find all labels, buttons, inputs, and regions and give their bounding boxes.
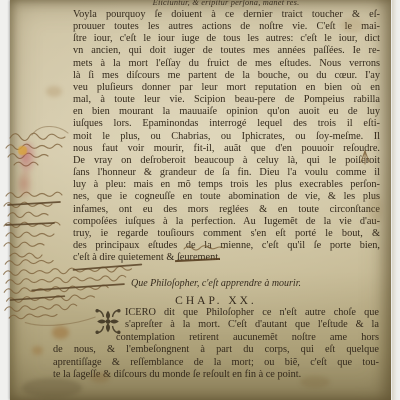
paragraph-lines: de nous, & l'embeſongnent à part du corp…	[53, 344, 379, 369]
photographed-book-page: Eiiciuntur, & eripitur perſona, manet re…	[0, 0, 400, 400]
printed-line: compoſées iuſques à la perfection. Au Iu…	[73, 216, 380, 228]
foxing-spot	[368, 195, 382, 223]
printed-line: aprentiſſage & reſſemblance de la mort; …	[53, 357, 379, 369]
aged-paper-sheet: Eiiciuntur, & eripitur perſona, manet re…	[10, 0, 391, 400]
printed-line: ſtre iour, c'eſt le iour iuge de tous le…	[73, 33, 380, 45]
foxing-spot	[300, 376, 330, 388]
foxing-spot	[32, 346, 43, 355]
printed-line: nous faut voir mourir, fit-il, auãt que …	[73, 143, 380, 155]
printed-line: mets à la mort l'eſſay du fruict de mes …	[73, 58, 380, 70]
struck-word: ſeurement	[177, 252, 218, 264]
printed-line: truy, ie regarde touſiours comment s'en …	[73, 228, 380, 240]
printed-line: en bien mourant la mauuaiſe opinion qu'o…	[73, 106, 380, 118]
printed-line: luy à pleu: mais en mõ temps trois les p…	[73, 179, 380, 191]
handwritten-annotation-middle	[2, 190, 68, 266]
printed-line: de nous, & l'embeſongnent à part du corp…	[53, 344, 379, 356]
printed-line: veu pluſieurs donner par leur mort reput…	[73, 82, 380, 94]
paragraph-lines: Voyla pourquoy ſe doiuent à ce dernier t…	[73, 9, 380, 252]
printed-line: prouuer toutes les autres actions de noſ…	[73, 21, 380, 33]
printed-line: Voyla pourquoy ſe doiuent à ce dernier t…	[73, 9, 380, 21]
handwritten-annotation-lower	[2, 256, 158, 328]
foxing-spot	[90, 372, 110, 383]
printed-line: iuſques lors. Epaminondas interrogé lequ…	[73, 118, 380, 130]
latin-quote-line: Eiiciuntur, & eripitur perſona, manet re…	[73, 0, 379, 7]
printed-line: mal, à toute leur vie. Scipion beau-pere…	[73, 94, 380, 106]
background-gutter	[392, 0, 400, 400]
foxing-spot	[46, 86, 62, 97]
corner-darkening	[22, 378, 82, 398]
insertion-mark-icon	[358, 148, 372, 165]
printed-line: infames, ont eu des mors reglées & en to…	[73, 204, 380, 216]
printed-line: contemplation retirent aucunemẽt noſtre …	[53, 332, 379, 344]
foxing-spot	[52, 326, 69, 339]
printed-line: ſans l'honneur & grandeur de ſa fin. Die…	[73, 167, 380, 179]
red-ink-stain	[18, 170, 33, 200]
printed-line: là ſi mes diſcours me partent de la bouc…	[73, 70, 380, 82]
interlinear-scribble	[182, 243, 228, 253]
orange-spot	[18, 146, 27, 155]
foxing-spot	[340, 18, 364, 33]
printed-line: moit le plus, ou Chabrias, ou Iphicrates…	[73, 131, 380, 143]
body-paragraph: Voyla pourquoy ſe doiuent à ce dernier t…	[73, 9, 380, 264]
printed-line: nes, que ie cogneuſſe en toute abominati…	[73, 191, 380, 203]
printed-line: vn ancien, qui doit iuger de toutes mes …	[73, 45, 380, 57]
handwritten-annotation-upper	[4, 126, 74, 172]
printed-line: De vray on deſroberoit beaucoup à celuy …	[73, 155, 380, 167]
